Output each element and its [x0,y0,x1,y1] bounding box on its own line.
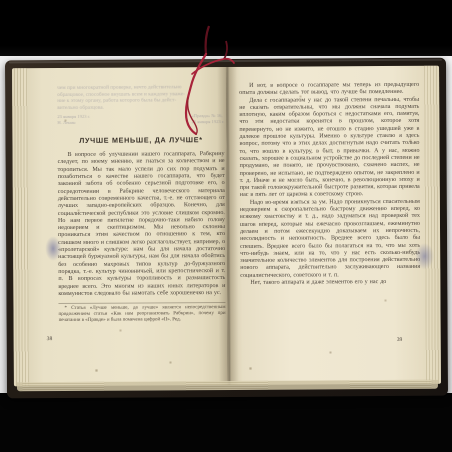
article-title: ЛУЧШЕ МЕНЬШЕ, ДА ЛУЧШЕ* [57,135,224,145]
paragraph: Надо во-время взяться за ум. Надо проник… [240,199,420,280]
article-footnote: * Статья «Лучше меньше, да лучше» являет… [58,302,225,324]
credit-date: 23 января 1923 г. [57,114,90,119]
paragraph: И вот, в вопросе о госаппарате мы теперь… [239,82,419,98]
article-credits: 23 января 1923 г. Н. Ленин «Правда» № 16… [57,113,224,125]
credit-source-line: «Правда» № 16, [191,113,222,118]
paragraph: Дела с госаппаратом у нас до такой степе… [239,96,420,199]
credit-signature: Н. Ленин [57,120,75,125]
book-photo: чем при многократной проверке, нечто дей… [0,0,452,452]
page-edges-left [12,68,29,386]
article-body-left: В вопросе об улучшении нашего госаппарат… [58,151,226,298]
paper-specks [0,0,1,1]
open-book: чем при многократной проверке, нечто дей… [5,58,448,399]
showthrough-line: вительно образцова. [57,104,224,112]
showthrough-text: чем при многократной проверке, нечто дей… [57,84,224,111]
book-cover-edge [9,59,442,64]
page-number-left: 38 [47,336,53,342]
credit-date-signature: 23 января 1923 г. Н. Ленин [57,114,90,125]
page-edges-bottom [17,380,438,392]
page-number-right: 39 [397,337,403,343]
black-band-bottom [0,393,452,452]
right-page-text: И вот, в вопросе о госаппарате мы теперь… [239,82,420,287]
paragraph: В вопросе об улучшении нашего госаппарат… [58,151,226,298]
paragraph: Нет, такого аппарата и даже элементов ег… [240,279,420,287]
black-band-top [0,0,452,56]
left-page-text: чем при многократной проверке, нечто дей… [57,84,225,324]
credit-source-line: 25 января 1923 г. [191,119,224,124]
credit-source: «Правда» № 16, 25 января 1923 г. [191,113,224,124]
page-edges-right [424,66,441,384]
